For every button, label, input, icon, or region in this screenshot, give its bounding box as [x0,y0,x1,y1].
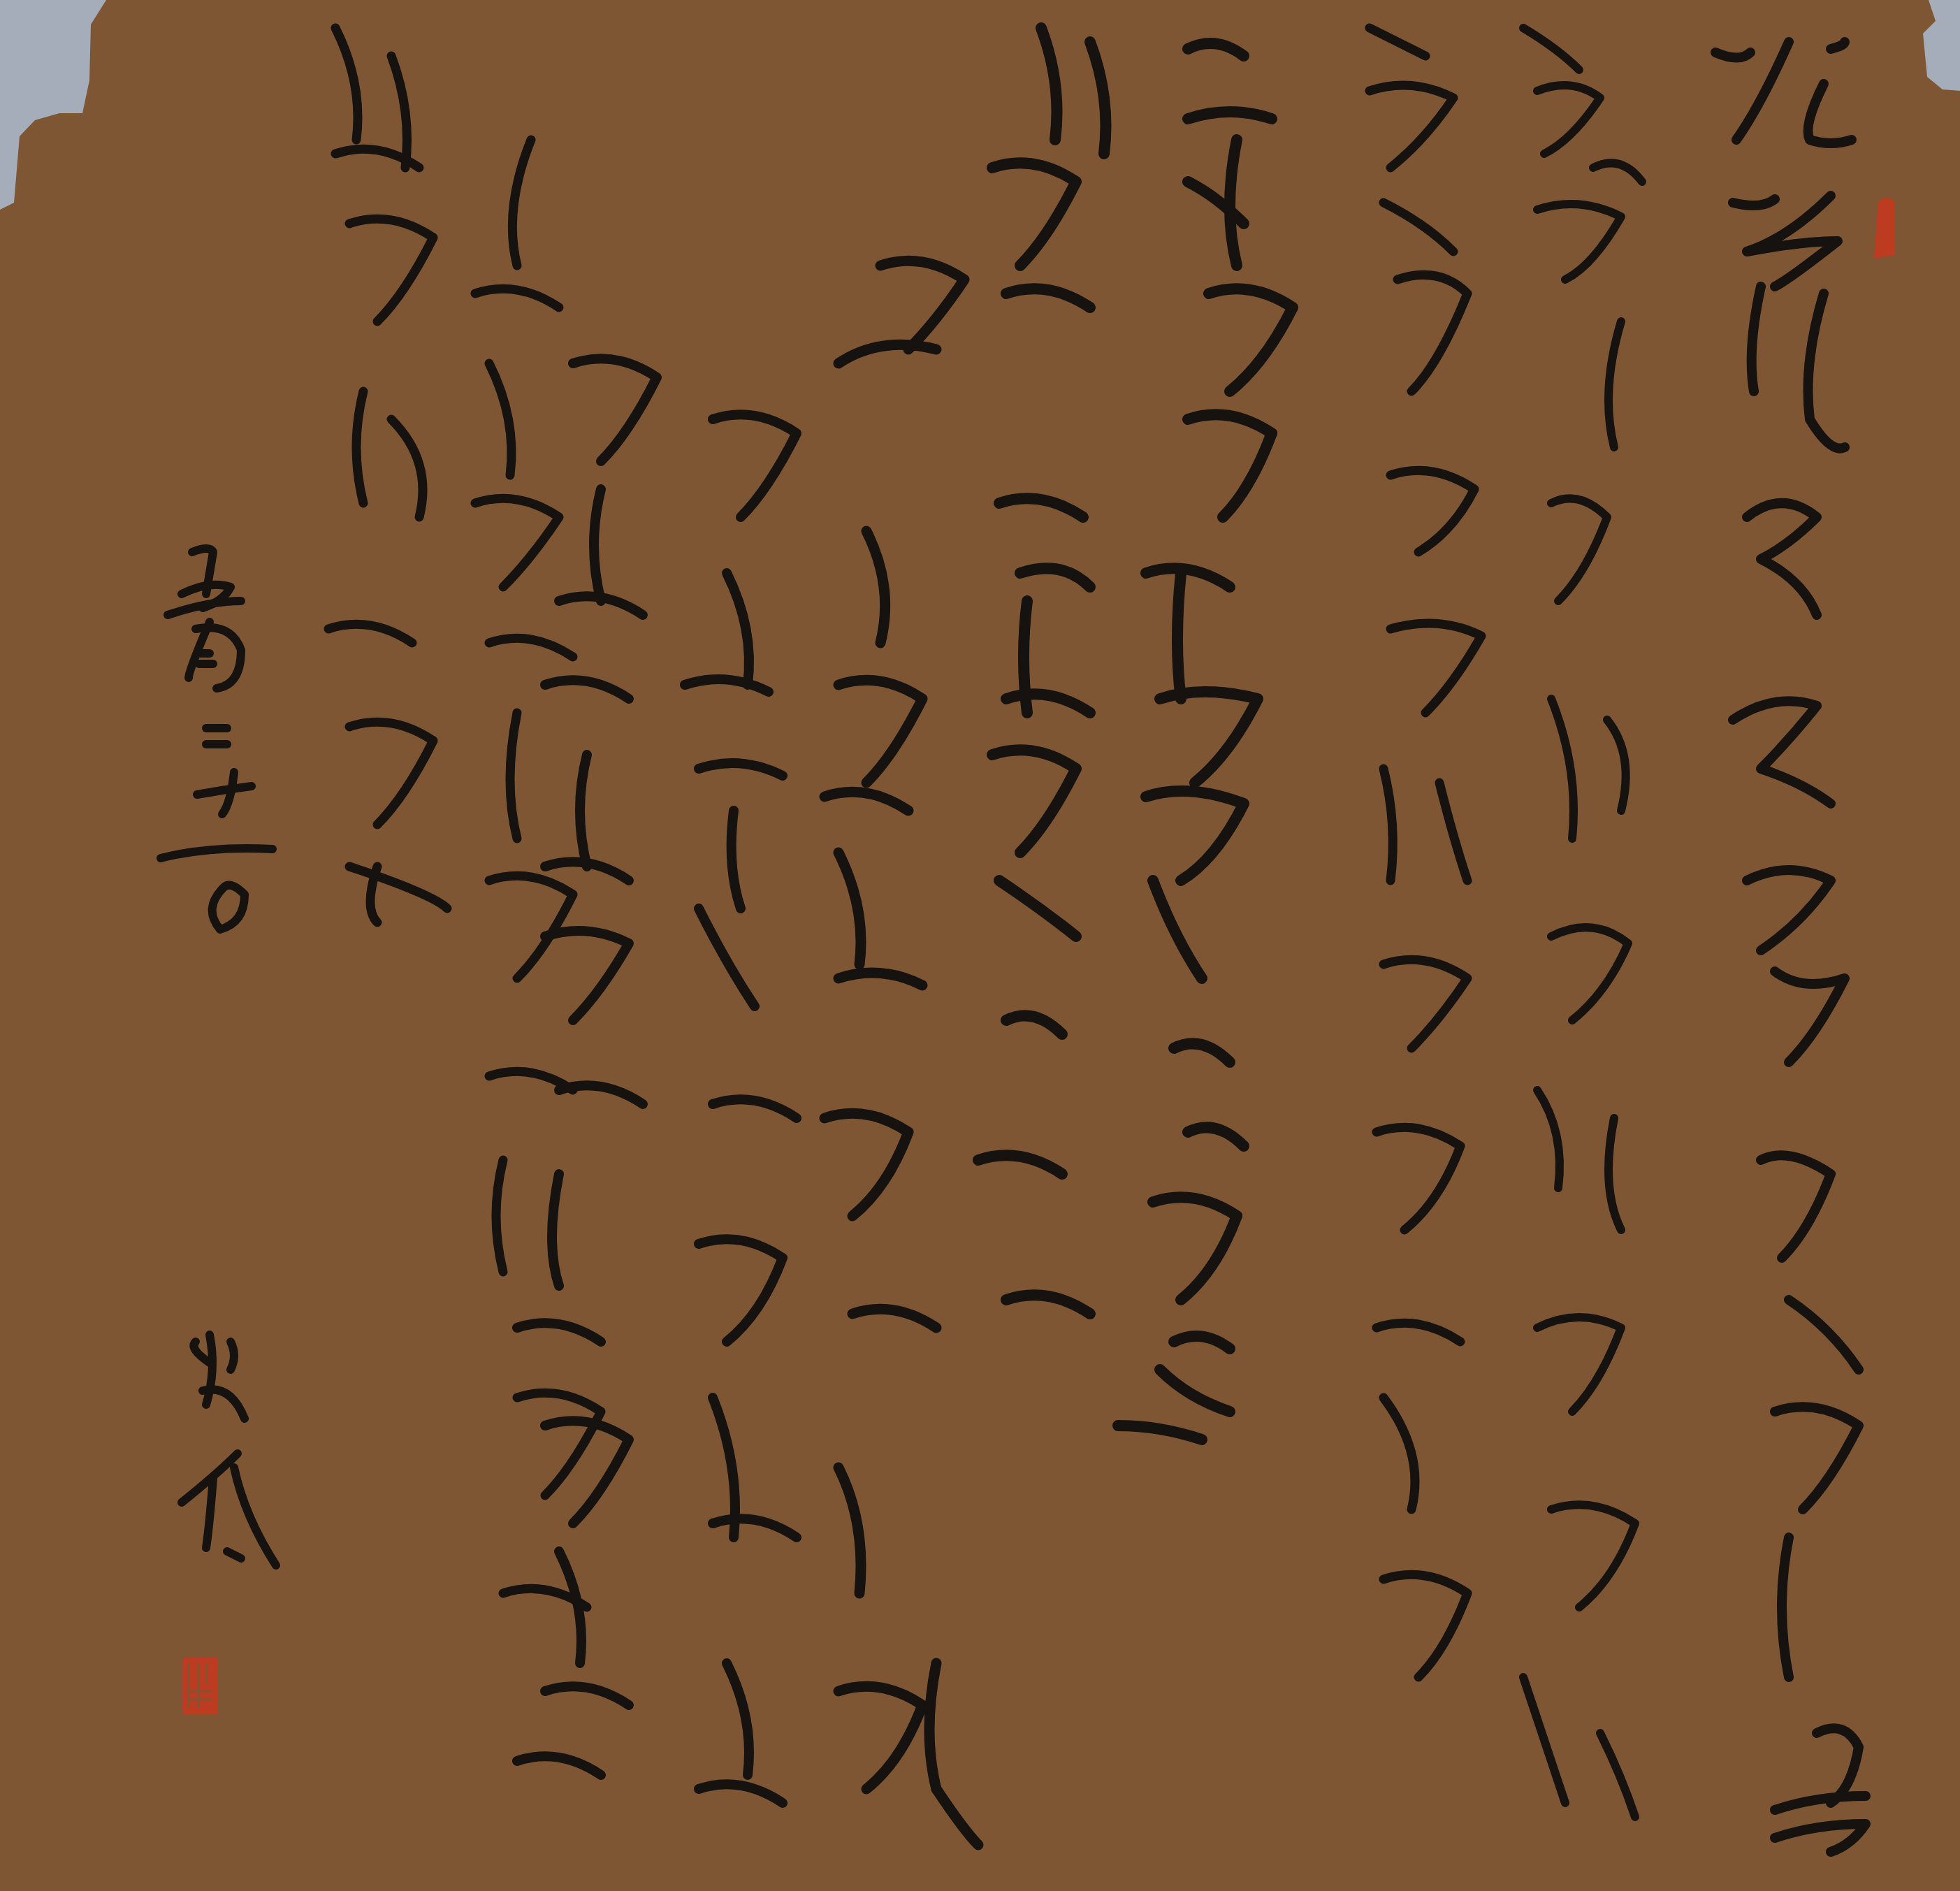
paper-sheet [0,0,1960,1891]
seal-bottom-left [183,1658,218,1715]
calligraphy-artwork [0,0,1960,1891]
